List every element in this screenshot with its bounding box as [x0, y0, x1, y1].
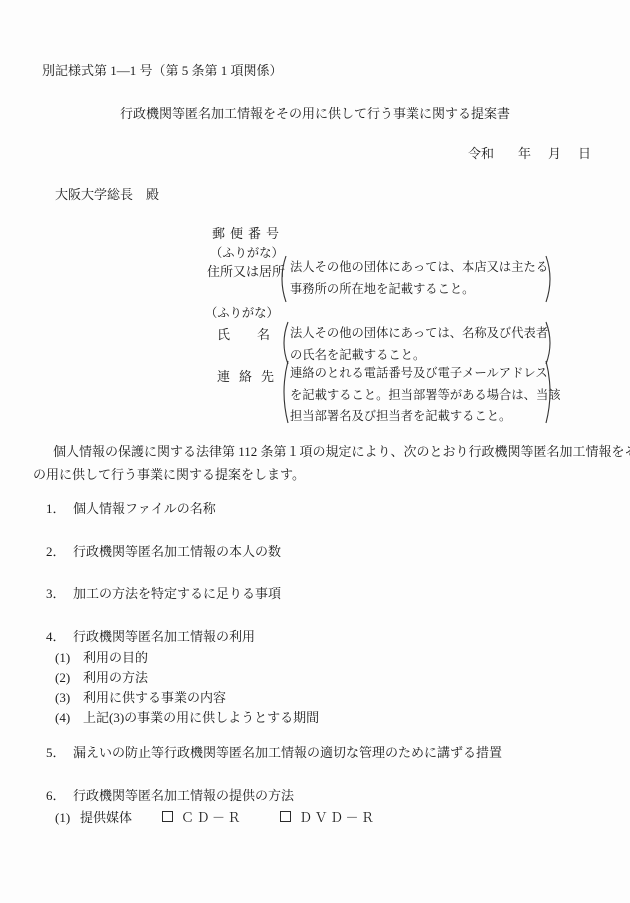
- item-6-number: 6．: [46, 788, 66, 804]
- item-3-text: 加工の方法を特定するに足りる事項: [73, 586, 281, 602]
- media-label: 提供媒体: [80, 810, 132, 826]
- item-4-number: 4．: [46, 629, 66, 645]
- item-4-1-number: (1): [55, 650, 70, 666]
- checkbox-cd-r[interactable]: [162, 811, 173, 822]
- item-4-3-text: 利用に供する事業の内容: [83, 690, 226, 706]
- item-5-text: 漏えいの防止等行政機関等匿名加工情報の適切な管理のために講ずる措置: [73, 745, 502, 761]
- form-number: 別記様式第 1―1 号（第 5 条第 1 項関係）: [42, 63, 283, 79]
- item-1-number: 1．: [46, 501, 66, 517]
- address-note-right-paren: [544, 254, 556, 304]
- furigana-label-address: （ふりがな）: [210, 246, 284, 261]
- item-6-1-number: (1): [55, 810, 70, 826]
- document-page: 別記様式第 1―1 号（第 5 条第 1 項関係） 行政機関等匿名加工情報をその…: [0, 0, 630, 903]
- item-4-2-text: 利用の方法: [83, 670, 148, 686]
- date-year-label: 年: [518, 146, 531, 162]
- item-5-number: 5．: [46, 745, 66, 761]
- contact-note-line1: 連絡のとれる電話番号及び電子メールアドレス: [290, 366, 548, 381]
- item-1-text: 個人情報ファイルの名称: [73, 501, 216, 517]
- date-era-label: 令和: [468, 146, 494, 162]
- furigana-label-name: （ふりがな）: [205, 306, 279, 321]
- media-option-cd-r-label: ＣＤ－Ｒ: [181, 810, 243, 826]
- date-day-label: 日: [578, 146, 591, 162]
- body-paragraph-line2: の用に供して行う事業に関する提案をします。: [33, 467, 305, 483]
- address-note-line2: 事務所の所在地を記載すること。: [290, 282, 474, 297]
- contact-label: 連絡先: [217, 369, 283, 385]
- address-label: 住所又は居所: [207, 264, 285, 280]
- contact-note-line2: を記載すること。担当部署等がある場合は、当該: [290, 388, 561, 403]
- item-4-4-text: 上記(3)の事業の用に供しようとする期間: [83, 710, 319, 726]
- item-2-text: 行政機関等匿名加工情報の本人の数: [73, 544, 281, 560]
- media-option-dvd-r-label: ＤＶＤ－Ｒ: [299, 810, 377, 826]
- item-2-number: 2．: [46, 544, 66, 560]
- item-4-2-number: (2): [55, 670, 70, 686]
- name-note-line1: 法人その他の団体にあっては、名称及び代表者: [290, 326, 548, 341]
- document-title: 行政機関等匿名加工情報をその用に供して行う事業に関する提案書: [0, 106, 630, 122]
- name-note-line2: の氏名を記載すること。: [290, 348, 425, 363]
- contact-note-left-paren: [278, 359, 290, 425]
- address-note-line1: 法人その他の団体にあっては、本店又は主たる: [290, 260, 548, 275]
- item-6-text: 行政機関等匿名加工情報の提供の方法: [73, 788, 294, 804]
- item-4-1-text: 利用の目的: [83, 650, 148, 666]
- body-paragraph-line1: 個人情報の保護に関する法律第 112 条第１項の規定により、次のとおり行政機関等…: [53, 444, 630, 460]
- item-4-4-number: (4): [55, 710, 70, 726]
- address-note-left-paren: [276, 254, 288, 304]
- date-month-label: 月: [548, 146, 561, 162]
- item-4-3-number: (3): [55, 690, 70, 706]
- postal-code-label: 郵便番号: [212, 226, 284, 242]
- contact-note-line3: 担当部署名及び担当者を記載すること。: [290, 409, 511, 424]
- checkbox-dvd-r[interactable]: [280, 811, 291, 822]
- item-3-number: 3．: [46, 586, 66, 602]
- item-4-text: 行政機関等匿名加工情報の利用: [73, 629, 255, 645]
- addressee: 大阪大学総長 殿: [55, 187, 159, 203]
- contact-note-right-paren: [544, 359, 556, 425]
